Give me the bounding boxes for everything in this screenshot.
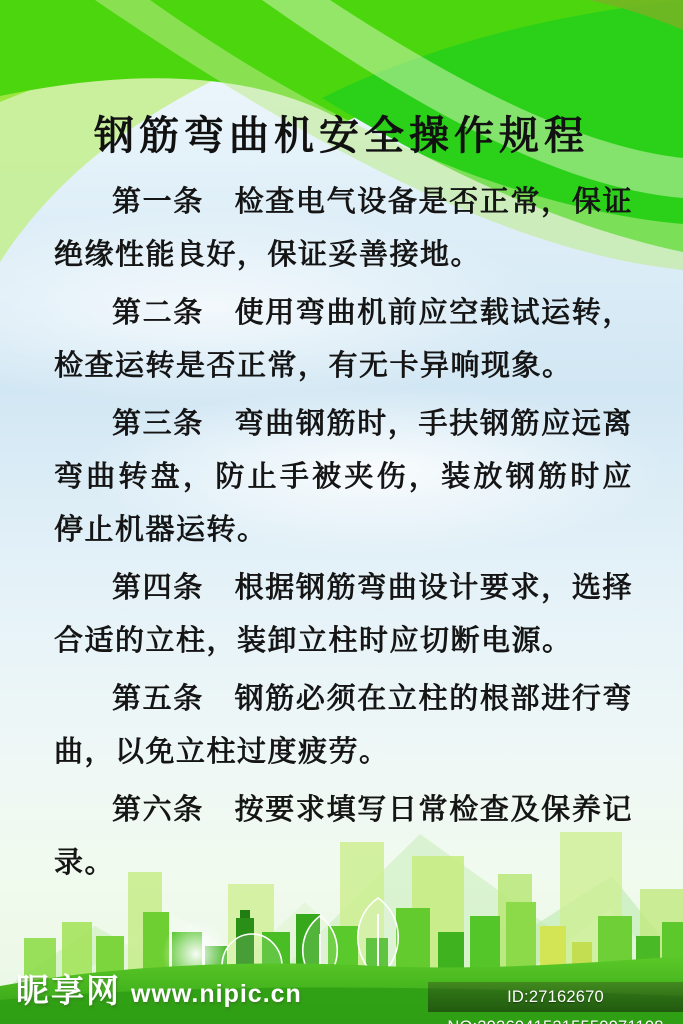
watermark-site-url: www.nipic.cn: [131, 980, 302, 1009]
rule-paragraph-6: 第六条 按要求填写日常检查及保养记录。: [54, 784, 633, 890]
rule-paragraph-1: 第一条 检查电气设备是否正常，保证绝缘性能良好，保证妥善接地。: [54, 176, 633, 282]
rules-text-block: 第一条 检查电气设备是否正常，保证绝缘性能良好，保证妥善接地。 第二条 使用弯曲…: [0, 176, 683, 890]
poster-title: 钢筋弯曲机安全操作规程: [0, 112, 683, 160]
rule-paragraph-3: 第三条 弯曲钢筋时，手扶钢筋应远离弯曲转盘，防止手被夹伤，装放钢筋时应停止机器运…: [54, 398, 633, 557]
rule-paragraph-2: 第二条 使用弯曲机前应空载试运转，检查运转是否正常，有无卡异响现象。: [54, 287, 633, 393]
watermark: 昵享网 www.nipic.cn: [16, 965, 302, 1012]
watermark-site-name: 昵享网: [16, 965, 121, 1012]
image-id-badge: ID:27162670 NO:20260415215550071108: [428, 982, 683, 1012]
rule-paragraph-4: 第四条 根据钢筋弯曲设计要求，选择合适的立柱，装卸立柱时应切断电源。: [54, 562, 633, 668]
rule-paragraph-5: 第五条 钢筋必须在立柱的根部进行弯曲，以免立柱过度疲劳。: [54, 673, 633, 779]
safety-procedure-poster: 钢筋弯曲机安全操作规程 第一条 检查电气设备是否正常，保证绝缘性能良好，保证妥善…: [0, 0, 683, 1024]
